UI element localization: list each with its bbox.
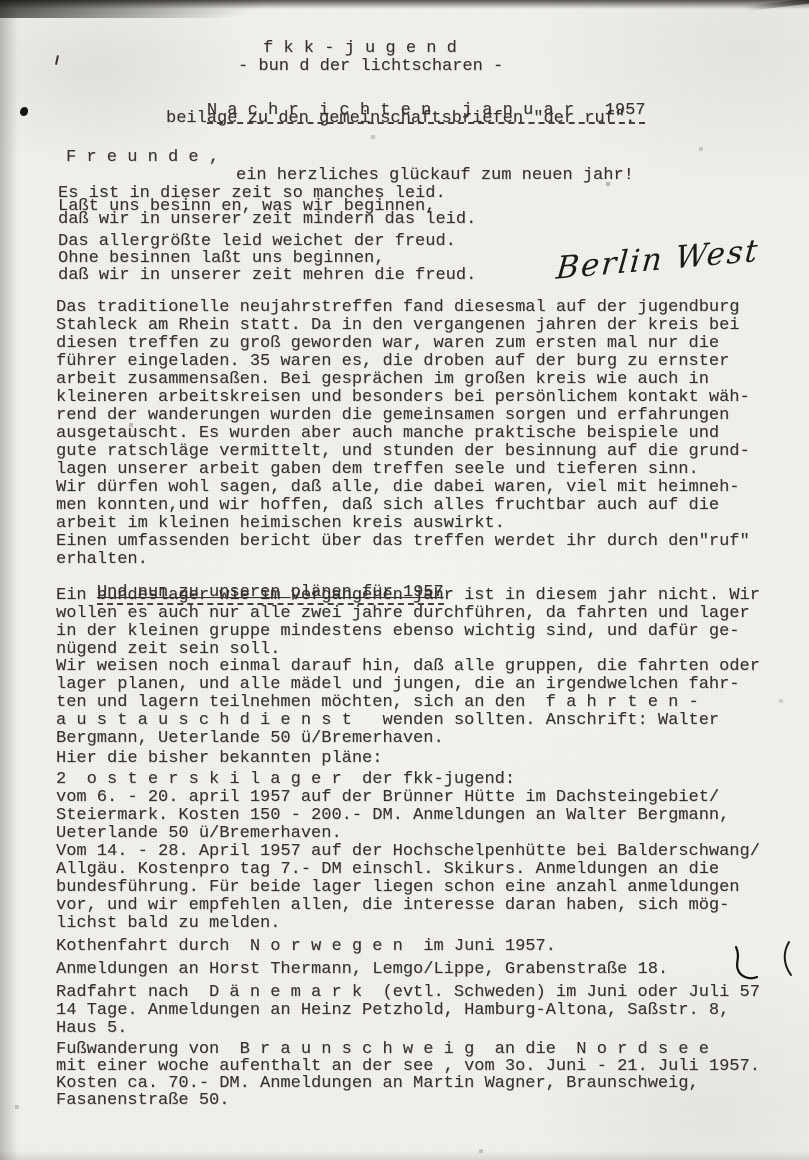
nordsee-trip-paragraph: Fußwanderung von B r a u n s c h w e i g… — [56, 1041, 801, 1109]
norway-trip-line: Kothenfahrt durch N o r w e g e n im Jun… — [56, 938, 556, 956]
scanned-newsletter-page: f k k - j u g e n d - bun d der lichtsch… — [0, 0, 809, 1160]
paper-specks — [0, 0, 2, 2]
salutation: F r e u n d e , — [66, 149, 219, 167]
handwritten-tick-icon — [726, 944, 762, 995]
poem-stanza-2: Das allergrößte leid weichet der freud. … — [58, 233, 476, 284]
new-year-wish: ein herzliches glückauf zum neuen jahr! — [236, 167, 634, 185]
plans-paragraph-2: Wir weisen noch einmal darauf hin, daß a… — [56, 658, 801, 748]
newsletter-subtitle: beilage zu den gemeinschaftsbriefen "der… — [166, 110, 635, 128]
handwritten-note: Berlin West — [555, 231, 777, 287]
norway-contact-line: Anmeldungen an Horst Thermann, Lemgo/Lip… — [56, 961, 668, 979]
masthead-org-line1: f k k - j u g e n d — [263, 40, 457, 58]
ink-speck-dot — [20, 107, 28, 116]
denmark-trip-paragraph: Radfahrt nach D ä n e m a r k (evtl. Sch… — [56, 984, 801, 1038]
masthead-org-line2: - bun d der lichtscharen - — [238, 58, 503, 76]
plans-paragraph-1: Ein bundeslager wie im vergangenen jahr … — [56, 587, 801, 659]
poem-stanza-1: Es ist in dieser zeit so manches leid. L… — [58, 187, 476, 226]
scan-edge-bottom — [0, 1150, 809, 1160]
report-paragraph: Das traditionelle neujahrstreffen fand d… — [56, 299, 801, 569]
scan-edge-left — [0, 0, 18, 1160]
scan-edge-top-left — [0, 0, 330, 18]
ski-camps-paragraph: 2 o s t e r s k i l a g e r der fkk-juge… — [56, 771, 801, 933]
handwritten-paren-icon — [778, 940, 796, 983]
known-plans-intro: Hier die bisher bekannten pläne: — [56, 750, 382, 768]
ink-speck-tick — [55, 55, 59, 65]
